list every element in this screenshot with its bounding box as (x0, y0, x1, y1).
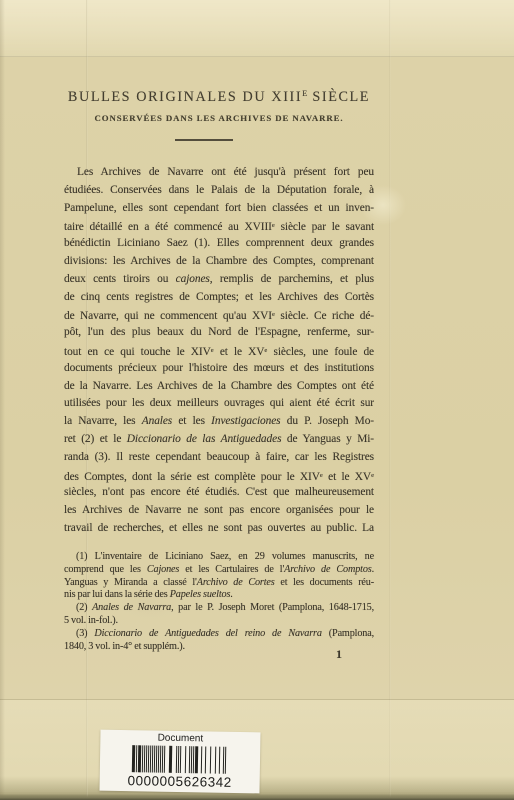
text-line: (2) Anales de Navarra, par le P. Joseph … (64, 602, 374, 615)
text-line: randa (3). Il reste cependant beaucoup à… (64, 449, 374, 467)
text-line: taire détaillé en a été commencé au XVII… (64, 217, 374, 235)
text-line: 5 vol. in-fol.). (64, 615, 374, 628)
barcode-caption: Document (157, 733, 203, 746)
text-line: étudiées. Conservées dans le Palais de l… (64, 182, 374, 200)
text-line: bénédictin Liciniano Saez (1). Elles com… (64, 235, 374, 253)
text-line: des Comptes, dont la série est complète … (64, 467, 374, 485)
text-line: siècles, n'ont pas encore été étudiés. C… (64, 484, 374, 502)
scanned-book-page: BULLES ORIGINALES DU XIIIE SIÈCLE CONSER… (0, 0, 514, 800)
text-line: pôt, l'un des plus beaux du Nord de l'Es… (64, 324, 374, 342)
text-line: 1840, 3 vol. in-4° et supplém.). (64, 641, 374, 654)
vertical-crease (389, 0, 391, 800)
text-line: la Navarre, les Anales et les Investigac… (64, 413, 374, 431)
paper-top-band (0, 0, 514, 57)
text-line: de cinq cents registres de Comptes; et l… (64, 289, 374, 307)
text-line: documents précieux pour l'histoire des m… (64, 360, 374, 378)
page-title: BULLES ORIGINALES DU XIIIE SIÈCLE (56, 89, 382, 106)
text-line: de la Navarre. Les Archives de la Chambr… (64, 378, 374, 396)
title-rule (175, 139, 233, 141)
text-line: Pampelune, elles sont cependant fort bie… (64, 200, 374, 218)
page-subtitle: CONSERVÉES DANS LES ARCHIVES DE NAVARRE. (64, 113, 374, 123)
text-line: Yanguas y Miranda a classé l'Archivo de … (64, 577, 374, 590)
text-line: de Navarre, qui ne commencent qu'au XVIe… (64, 306, 374, 324)
page-number: 1 (329, 647, 349, 662)
barcode-number: 0000005626342 (127, 773, 231, 791)
paper-left-edge (0, 0, 5, 800)
text-line: tout en ce qui touche le XIVe et le XVe … (64, 342, 374, 360)
text-line: utilisées pour les deux meilleurs ouvrag… (64, 395, 374, 413)
barcode-label: Document 0000005626342 (99, 730, 260, 794)
text-line: ret (2) et le Diccionario de las Antigue… (64, 431, 374, 449)
text-line: les Archives de Navarre ne sont pas enco… (64, 502, 374, 520)
text-line: divisions: les Archives de la Chambre de… (64, 253, 374, 271)
text-line: (1) L'inventaire de Liciniano Saez, en 2… (64, 551, 374, 564)
body-paragraph: Les Archives de Navarre ont été jusqu'à … (64, 164, 374, 538)
footnotes: (1) L'inventaire de Liciniano Saez, en 2… (64, 551, 374, 653)
paper-bottom-edge (0, 794, 514, 800)
text-line: Les Archives de Navarre ont été jusqu'à … (64, 164, 374, 182)
barcode-icon (131, 745, 228, 774)
text-line: comprend que les Cajones et les Cartulai… (64, 564, 374, 577)
text-line: deux cents tiroirs ou cajones, remplis d… (64, 271, 374, 289)
text-line: (3) Diccionario de Antiguedades del rein… (64, 628, 374, 641)
text-line: nis par lui dans la série des Papeles su… (64, 589, 374, 602)
text-line: travail de recherches, et elles ne sont … (64, 520, 374, 538)
